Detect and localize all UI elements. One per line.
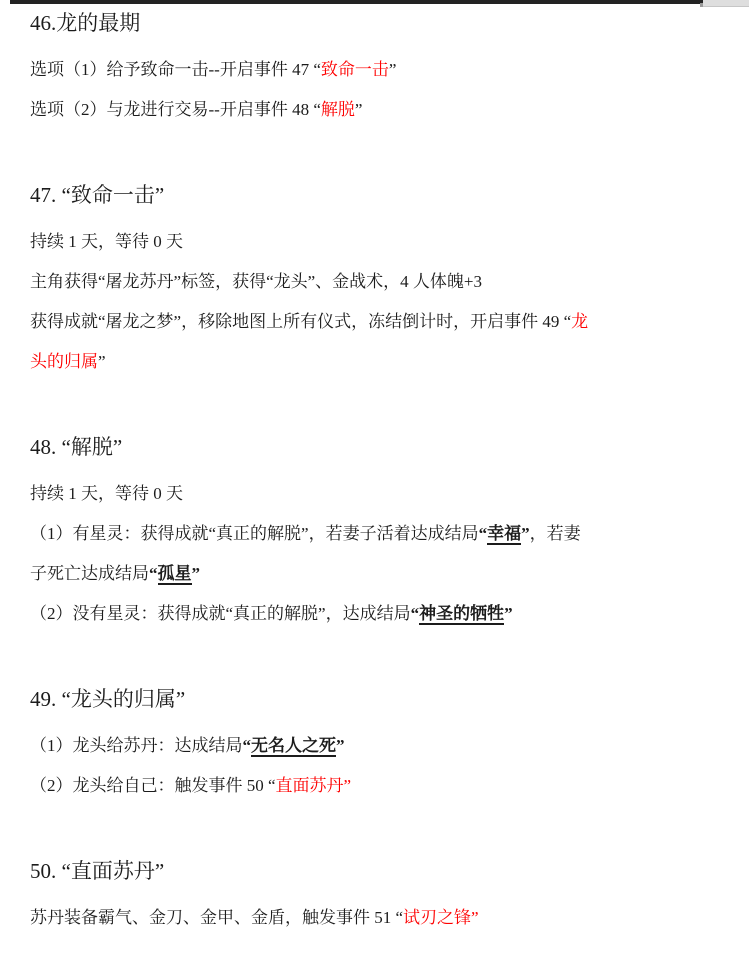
event-name-red-text: 解脱 xyxy=(321,100,355,119)
event-name-red-text: 龙 xyxy=(571,312,588,331)
text-segment: 神圣的牺牲 xyxy=(419,604,504,625)
section-heading: 46.龙的最期 xyxy=(30,12,721,35)
text-segment: 持续 1 天，等待 0 天 xyxy=(30,232,183,251)
text-segment: ” xyxy=(504,604,513,623)
event-section: 46.龙的最期选项（1）给予致命一击--开启事件 47 “致命一击”选项（2）与… xyxy=(30,12,721,130)
text-segment: 主角获得“屠龙苏丹”标签，获得“龙头”、金战术，4 人体魄+3 xyxy=(30,272,482,291)
text-segment: 子死亡达成结局 xyxy=(30,564,149,583)
text-line: （2）龙头给自己：触发事件 50 “直面苏丹” xyxy=(30,766,721,806)
text-segment: “ xyxy=(243,736,252,755)
text-line: 持续 1 天，等待 0 天 xyxy=(30,222,721,262)
text-segment: （2）没有星灵：获得成就“真正的解脱”，达成结局 xyxy=(30,604,411,623)
text-segment: “ xyxy=(411,604,420,623)
text-segment: 选项（2）与龙进行交易--开启事件 48 “ xyxy=(30,100,321,119)
text-segment: （1）有星灵：获得成就“真正的解脱”，若妻子活着达成结局 xyxy=(30,524,479,543)
document-body: 46.龙的最期选项（1）给予致命一击--开启事件 47 “致命一击”选项（2）与… xyxy=(0,8,749,938)
text-line: （2）没有星灵：获得成就“真正的解脱”，达成结局“神圣的牺牲” xyxy=(30,594,721,634)
event-section: 49. “龙头的归属”（1）龙头给苏丹：达成结局“无名人之死”（2）龙头给自己：… xyxy=(30,688,721,806)
text-segment: “ xyxy=(149,564,158,583)
text-segment: ” xyxy=(98,352,106,371)
event-name-red-text: 试刃之锋 xyxy=(403,908,471,927)
event-name-red-text: ” xyxy=(471,908,479,927)
text-segment: ” xyxy=(389,60,397,79)
text-line: 获得成就“屠龙之梦”，移除地图上所有仪式，冻结倒计时，开启事件 49 “龙 xyxy=(30,302,721,342)
event-section: 50. “直面苏丹”苏丹装备霸气、金刀、金甲、金盾，触发事件 51 “试刃之锋” xyxy=(30,860,721,938)
cropped-top-right-remnant xyxy=(703,0,749,7)
text-line: （1）有星灵：获得成就“真正的解脱”，若妻子活着达成结局“幸福”，若妻 xyxy=(30,514,721,554)
text-line: 苏丹装备霸气、金刀、金甲、金盾，触发事件 51 “试刃之锋” xyxy=(30,898,721,938)
text-line: 头的归属” xyxy=(30,342,721,382)
text-line: （1）龙头给苏丹：达成结局“无名人之死” xyxy=(30,726,721,766)
text-line: 主角获得“屠龙苏丹”标签，获得“龙头”、金战术，4 人体魄+3 xyxy=(30,262,721,302)
text-segment: （1）龙头给苏丹：达成结局 xyxy=(30,736,243,755)
document-page: 46.龙的最期选项（1）给予致命一击--开启事件 47 “致命一击”选项（2）与… xyxy=(0,0,749,954)
event-name-red-text: 致命一击 xyxy=(321,60,389,79)
text-line: 选项（2）与龙进行交易--开启事件 48 “解脱” xyxy=(30,90,721,130)
text-line: 持续 1 天，等待 0 天 xyxy=(30,474,721,514)
event-section: 47. “致命一击”持续 1 天，等待 0 天主角获得“屠龙苏丹”标签，获得“龙… xyxy=(30,184,721,382)
text-segment: 选项（1）给予致命一击--开启事件 47 “ xyxy=(30,60,321,79)
event-name-red-text: 直面苏丹 xyxy=(276,776,344,795)
event-section: 48. “解脱”持续 1 天，等待 0 天（1）有星灵：获得成就“真正的解脱”，… xyxy=(30,436,721,634)
text-segment: ” xyxy=(355,100,363,119)
text-segment: 孤星 xyxy=(158,564,192,585)
text-segment: ，若妻 xyxy=(530,524,581,543)
text-segment: ” xyxy=(336,736,345,755)
section-heading: 49. “龙头的归属” xyxy=(30,688,721,711)
text-segment: （2）龙头给自己：触发事件 50 “ xyxy=(30,776,276,795)
event-name-red-text: ” xyxy=(344,776,352,795)
section-heading: 48. “解脱” xyxy=(30,436,721,459)
cropped-top-content-edge xyxy=(10,0,735,4)
text-segment: ” xyxy=(192,564,201,583)
text-segment: 持续 1 天，等待 0 天 xyxy=(30,484,183,503)
text-line: 子死亡达成结局“孤星” xyxy=(30,554,721,594)
text-segment: 获得成就“屠龙之梦”，移除地图上所有仪式，冻结倒计时，开启事件 49 “ xyxy=(30,312,571,331)
text-line: 选项（1）给予致命一击--开启事件 47 “致命一击” xyxy=(30,50,721,90)
text-segment: 幸福 xyxy=(487,524,521,545)
text-segment: 无名人之死 xyxy=(251,736,336,757)
text-segment: ” xyxy=(521,524,530,543)
event-name-red-text: 头的归属 xyxy=(30,352,98,371)
section-heading: 50. “直面苏丹” xyxy=(30,860,721,883)
text-segment: “ xyxy=(479,524,488,543)
section-heading: 47. “致命一击” xyxy=(30,184,721,207)
text-segment: 苏丹装备霸气、金刀、金甲、金盾，触发事件 51 “ xyxy=(30,908,403,927)
